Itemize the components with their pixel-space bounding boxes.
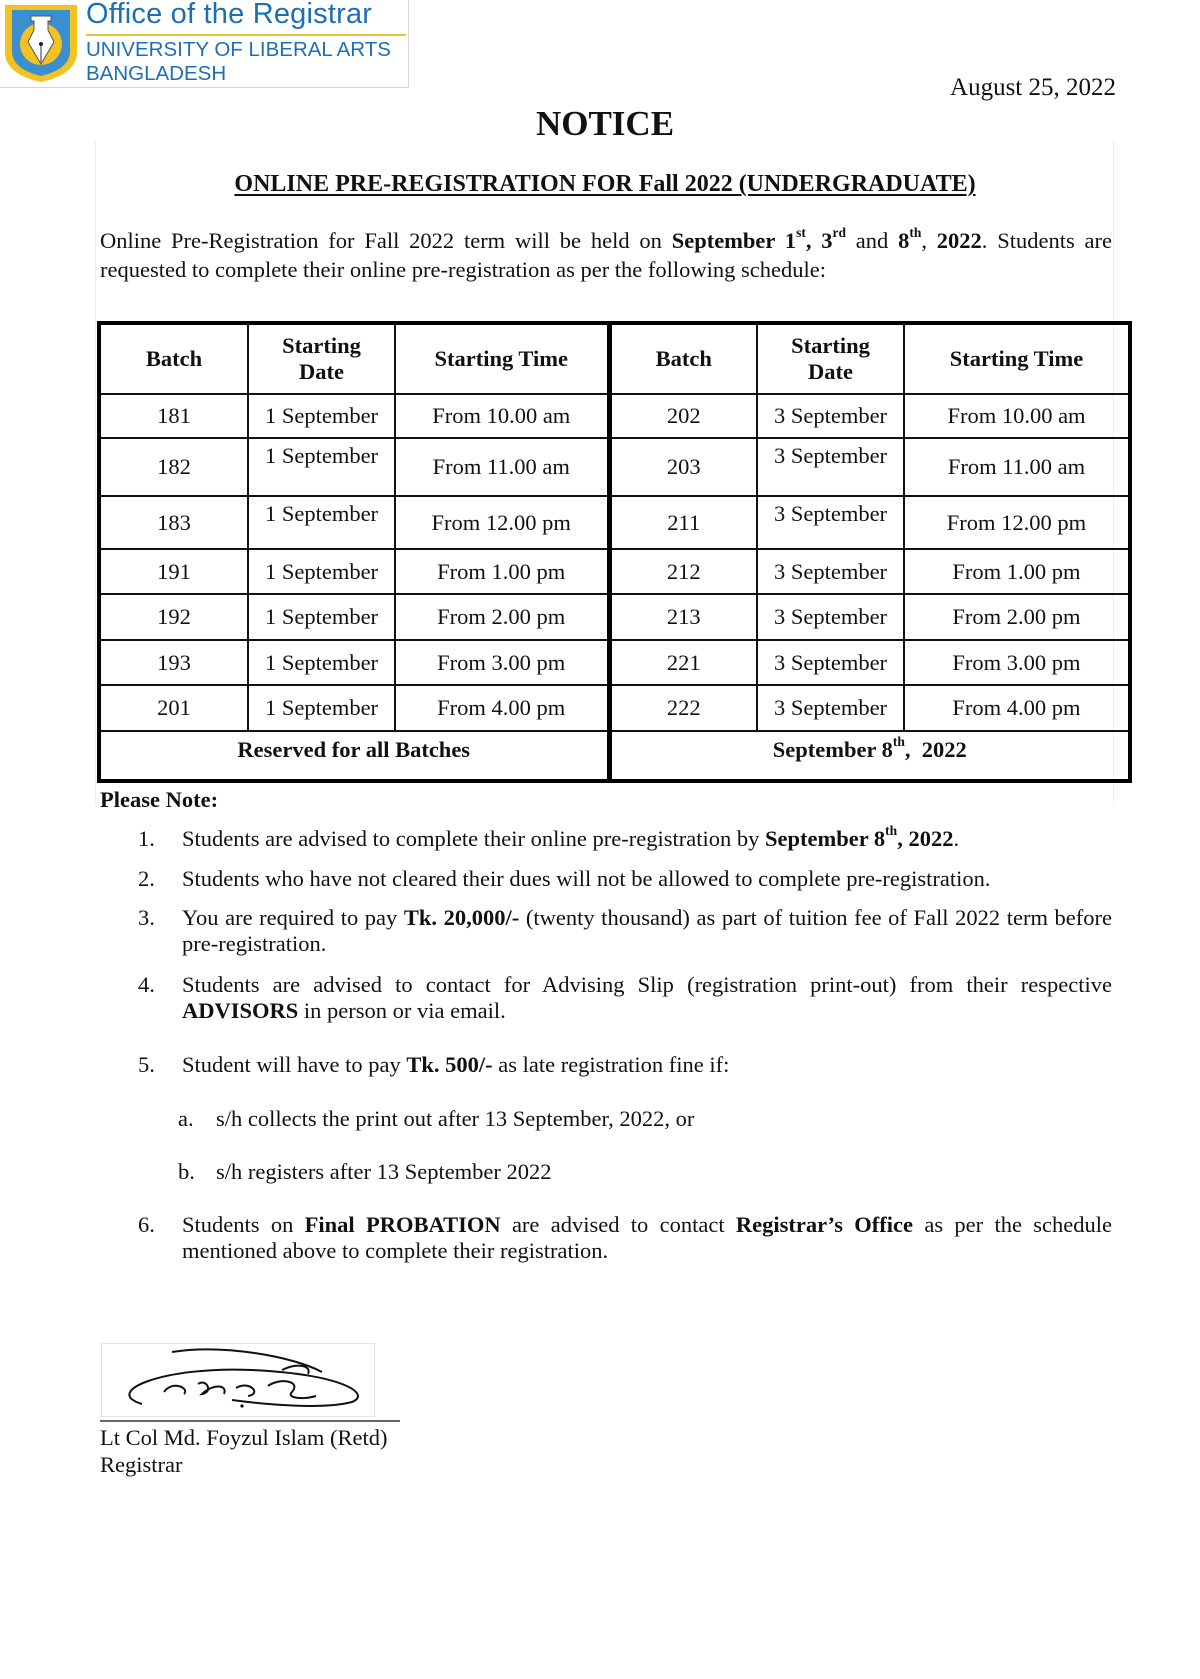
date-cell: 1 September bbox=[248, 594, 395, 640]
note-item: 6. Students on Final PROBATION are advis… bbox=[132, 1212, 1112, 1264]
notes-list: 1. Students are advised to complete thei… bbox=[132, 826, 1112, 1264]
signatory-name: Lt Col Md. Foyzul Islam (Retd) bbox=[100, 1424, 387, 1451]
time-cell: From 1.00 pm bbox=[395, 549, 609, 594]
signatory: Lt Col Md. Foyzul Islam (Retd) Registrar bbox=[100, 1424, 387, 1478]
time-cell: From 4.00 pm bbox=[395, 685, 609, 731]
note-item: 1. Students are advised to complete thei… bbox=[132, 826, 1112, 866]
date-cell: 3 September bbox=[757, 549, 904, 594]
batch-cell: 222 bbox=[609, 685, 757, 731]
university-emblem-icon bbox=[2, 2, 80, 84]
header-starting-date: Starting Date bbox=[757, 323, 904, 394]
date-cell: 3 September bbox=[757, 594, 904, 640]
batch-cell: 182 bbox=[99, 438, 248, 496]
signature-icon bbox=[102, 1344, 374, 1416]
note-subitem: b. s/h registers after 13 September 2022 bbox=[132, 1159, 1112, 1212]
header-batch: Batch bbox=[609, 323, 757, 394]
time-cell: From 12.00 pm bbox=[904, 496, 1130, 549]
time-cell: From 3.00 pm bbox=[904, 640, 1130, 685]
office-title: Office of the Registrar bbox=[86, 0, 372, 31]
time-cell: From 4.00 pm bbox=[904, 685, 1130, 731]
table-row: 1831 SeptemberFrom 12.00 pm2113 Septembe… bbox=[99, 496, 1130, 549]
time-cell: From 12.00 pm bbox=[395, 496, 609, 549]
university-country: BANGLADESH bbox=[86, 62, 226, 86]
time-cell: From 10.00 am bbox=[904, 394, 1130, 438]
header-batch: Batch bbox=[99, 323, 248, 394]
batch-cell: 201 bbox=[99, 685, 248, 731]
table-row: 1911 SeptemberFrom 1.00 pm2123 September… bbox=[99, 549, 1130, 594]
reserved-date: September 8th, 2022 bbox=[609, 731, 1130, 781]
time-cell: From 10.00 am bbox=[395, 394, 609, 438]
please-note-heading: Please Note: bbox=[100, 787, 218, 813]
signature-image bbox=[101, 1343, 375, 1417]
header-starting-date: Starting Date bbox=[248, 323, 395, 394]
time-cell: From 2.00 pm bbox=[904, 594, 1130, 640]
table-footer-row: Reserved for all Batches September 8th, … bbox=[99, 731, 1130, 781]
date-cell: 1 September bbox=[248, 685, 395, 731]
time-cell: From 11.00 am bbox=[395, 438, 609, 496]
accent-rule bbox=[86, 34, 406, 36]
batch-cell: 212 bbox=[609, 549, 757, 594]
signatory-title: Registrar bbox=[100, 1451, 387, 1478]
batch-cell: 211 bbox=[609, 496, 757, 549]
university-name: UNIVERSITY OF LIBERAL ARTS bbox=[86, 38, 391, 62]
table-row: 1931 SeptemberFrom 3.00 pm2213 September… bbox=[99, 640, 1130, 685]
batch-cell: 191 bbox=[99, 549, 248, 594]
table-row: 1811 SeptemberFrom 10.00 am2023 Septembe… bbox=[99, 394, 1130, 438]
date-cell: 1 September bbox=[248, 549, 395, 594]
notice-date: August 25, 2022 bbox=[920, 74, 1116, 102]
note-item: 4. Students are advised to contact for A… bbox=[132, 972, 1112, 1052]
date-cell: 3 September bbox=[757, 394, 904, 438]
batch-cell: 192 bbox=[99, 594, 248, 640]
date-cell: 3 September bbox=[757, 640, 904, 685]
batch-cell: 203 bbox=[609, 438, 757, 496]
batch-cell: 183 bbox=[99, 496, 248, 549]
time-cell: From 1.00 pm bbox=[904, 549, 1130, 594]
date-cell: 1 September bbox=[248, 438, 395, 496]
reserved-label: Reserved for all Batches bbox=[99, 731, 609, 781]
schedule-table: Batch Starting Date Starting Time Batch … bbox=[97, 321, 1132, 783]
table-row: 2011 SeptemberFrom 4.00 pm2223 September… bbox=[99, 685, 1130, 731]
note-item: 2. Students who have not cleared their d… bbox=[132, 866, 1112, 905]
table-row: 1821 SeptemberFrom 11.00 am2033 Septembe… bbox=[99, 438, 1130, 496]
intro-paragraph: Online Pre-Registration for Fall 2022 te… bbox=[100, 226, 1112, 284]
table-row: 1921 SeptemberFrom 2.00 pm2133 September… bbox=[99, 594, 1130, 640]
time-cell: From 11.00 am bbox=[904, 438, 1130, 496]
table-header-row: Batch Starting Date Starting Time Batch … bbox=[99, 323, 1130, 394]
note-item: 5. Student will have to pay Tk. 500/- as… bbox=[132, 1052, 1112, 1106]
batch-cell: 193 bbox=[99, 640, 248, 685]
signature-line bbox=[100, 1420, 400, 1422]
notice-subtitle: ONLINE PRE-REGISTRATION FOR Fall 2022 (U… bbox=[95, 171, 1115, 198]
batch-cell: 202 bbox=[609, 394, 757, 438]
header-starting-time: Starting Time bbox=[904, 323, 1130, 394]
date-cell: 3 September bbox=[757, 496, 904, 549]
date-cell: 3 September bbox=[757, 685, 904, 731]
date-cell: 1 September bbox=[248, 640, 395, 685]
date-cell: 1 September bbox=[248, 394, 395, 438]
batch-cell: 213 bbox=[609, 594, 757, 640]
batch-cell: 181 bbox=[99, 394, 248, 438]
header-starting-time: Starting Time bbox=[395, 323, 609, 394]
note-item: 3. You are required to pay Tk. 20,000/- … bbox=[132, 905, 1112, 972]
date-cell: 3 September bbox=[757, 438, 904, 496]
time-cell: From 3.00 pm bbox=[395, 640, 609, 685]
notice-heading: NOTICE bbox=[0, 104, 1200, 144]
batch-cell: 221 bbox=[609, 640, 757, 685]
note-subitem: a. s/h collects the print out after 13 S… bbox=[132, 1106, 1112, 1159]
time-cell: From 2.00 pm bbox=[395, 594, 609, 640]
date-cell: 1 September bbox=[248, 496, 395, 549]
